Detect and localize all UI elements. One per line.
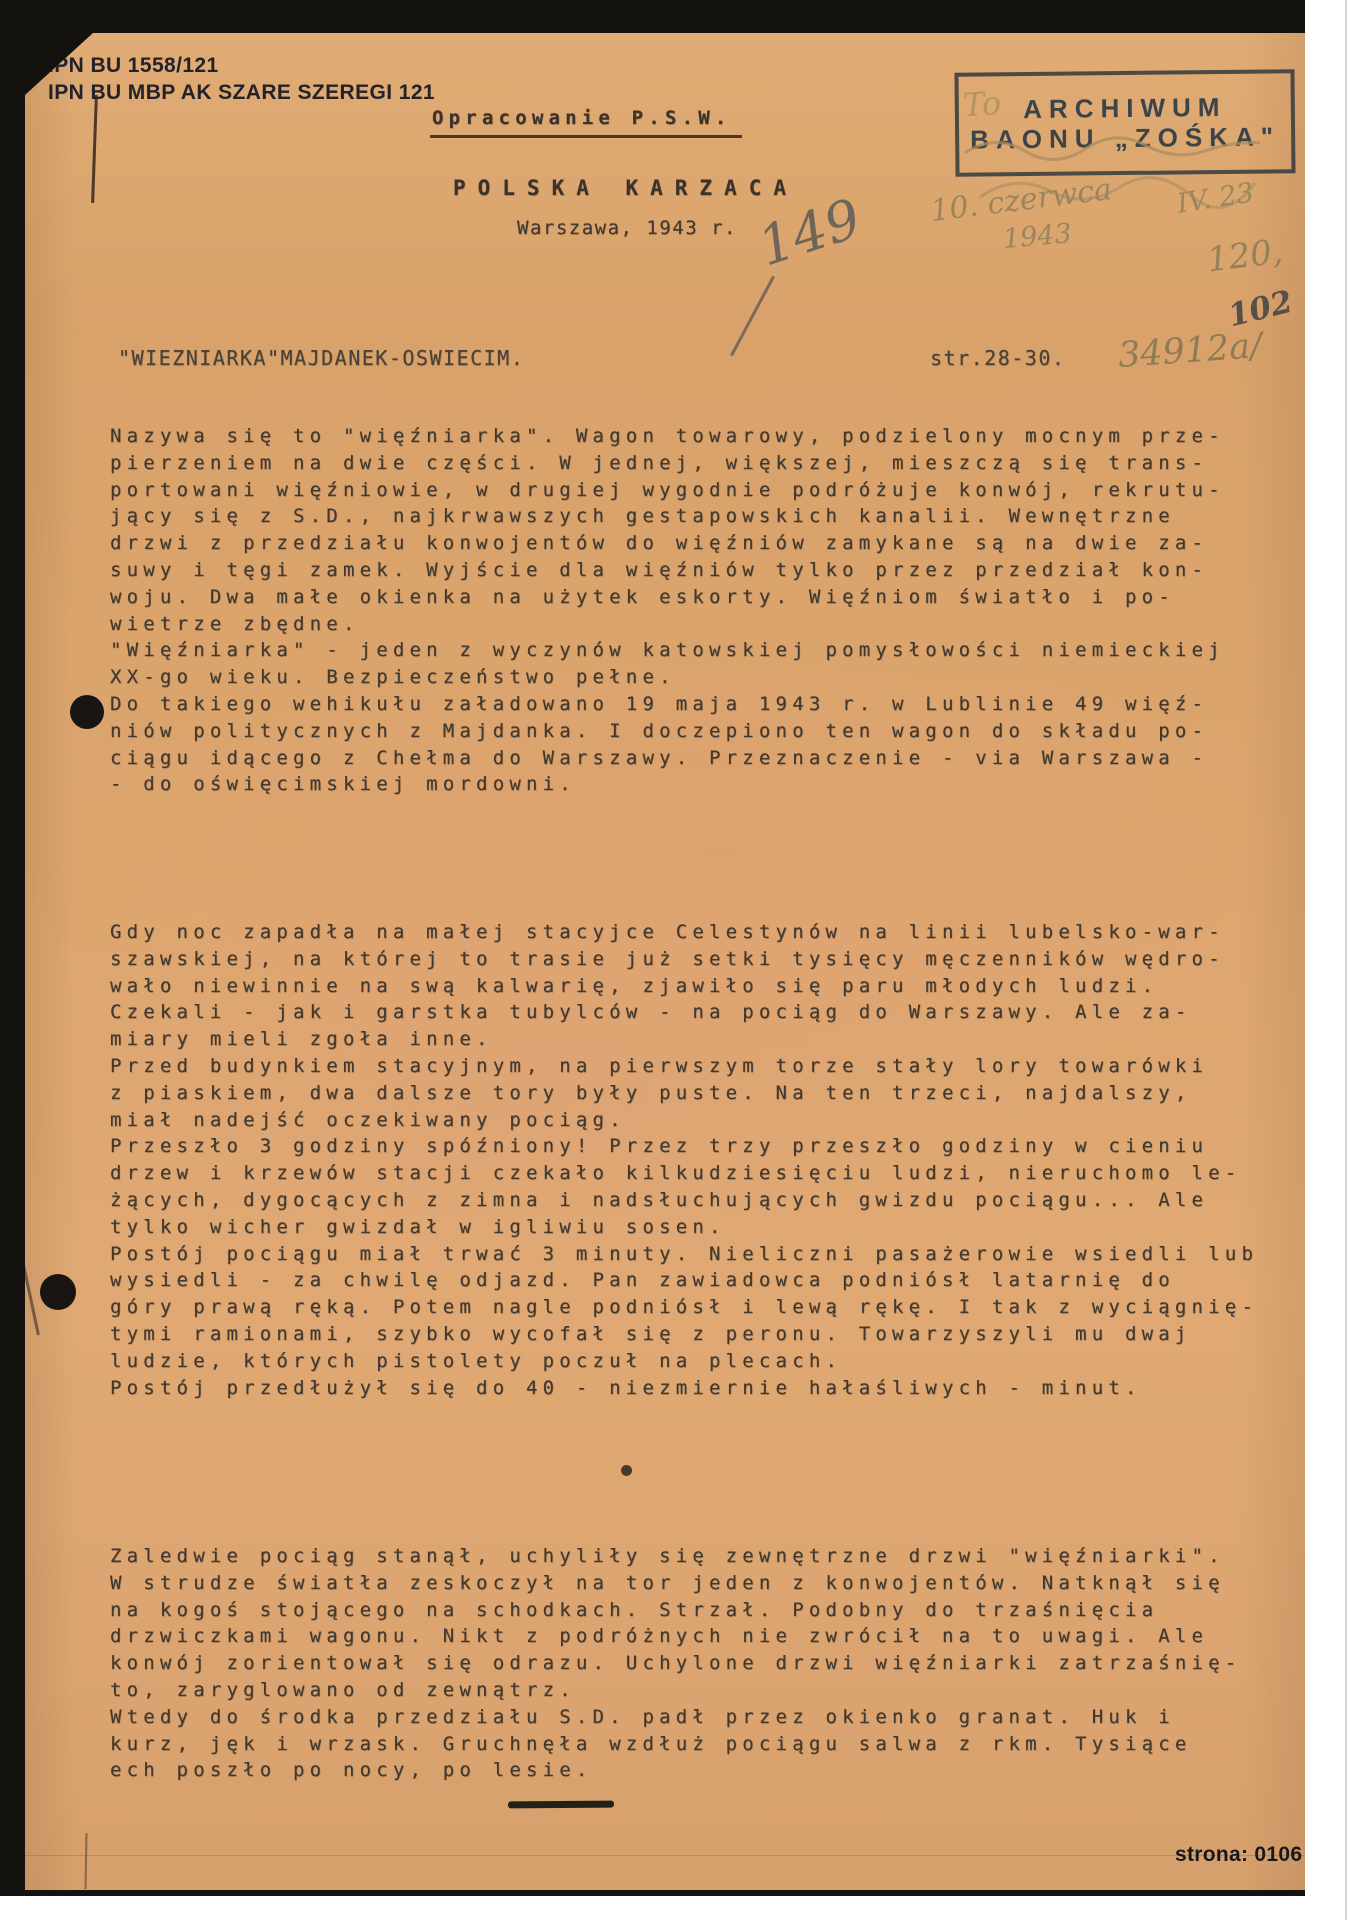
scan-edge-line (1345, 0, 1347, 1920)
paper-crease-line (85, 1833, 88, 1889)
section-end-rule (508, 1801, 614, 1809)
document-paper: IPN BU 1558/121 IPN BU MBP AK SZARE SZER… (25, 33, 1305, 1890)
section-page-reference: str.28-30. (930, 345, 1065, 372)
handwritten-number-120: 120, (1205, 232, 1285, 281)
place-and-date: Warszawa, 1943 r. (517, 215, 737, 242)
scanned-document-page: { "scan": { "ref_line1": "IPN BU 1558/12… (0, 0, 1358, 1920)
typewritten-paragraph-2: Gdy noc zapadła na małej stacyjce Celest… (110, 919, 1258, 1401)
ink-mark (91, 95, 98, 203)
punch-hole-blot-2 (40, 1274, 76, 1310)
handwritten-page-number-small: 102 (1225, 284, 1297, 335)
scanner-page-label: strona: 0106 (1175, 1843, 1302, 1867)
scan-artifact-line (25, 1855, 1305, 1856)
handwritten-date-year: 1943 (1002, 218, 1073, 255)
typewritten-paragraph-1: Nazywa się to "więźniarka". Wagon towaro… (110, 423, 1225, 798)
stamp-line-1: ARCHIWUM (1023, 92, 1227, 124)
punch-hole-blot-1 (70, 695, 104, 729)
handwritten-catalog-number: 34912a/ (1117, 326, 1263, 376)
document-title: POLSKA KARZACA (453, 175, 798, 202)
typewritten-paragraph-3: Zaledwie pociąg stanął, uchyliły się zew… (110, 1543, 1241, 1784)
section-title: "WIEZNIARKA"MAJDANEK-OSWIECIM. (118, 345, 524, 372)
ink-dot (621, 1465, 632, 1476)
pencil-slash-mark (730, 276, 775, 357)
study-label: Opracowanie P.S.W. (430, 105, 742, 138)
archive-reference-line1: IPN BU 1558/121 (48, 52, 219, 79)
archive-reference-line2: IPN BU MBP AK SZARE SZEREGI 121 (48, 79, 435, 106)
handwritten-stamp-note: To (962, 84, 1003, 125)
